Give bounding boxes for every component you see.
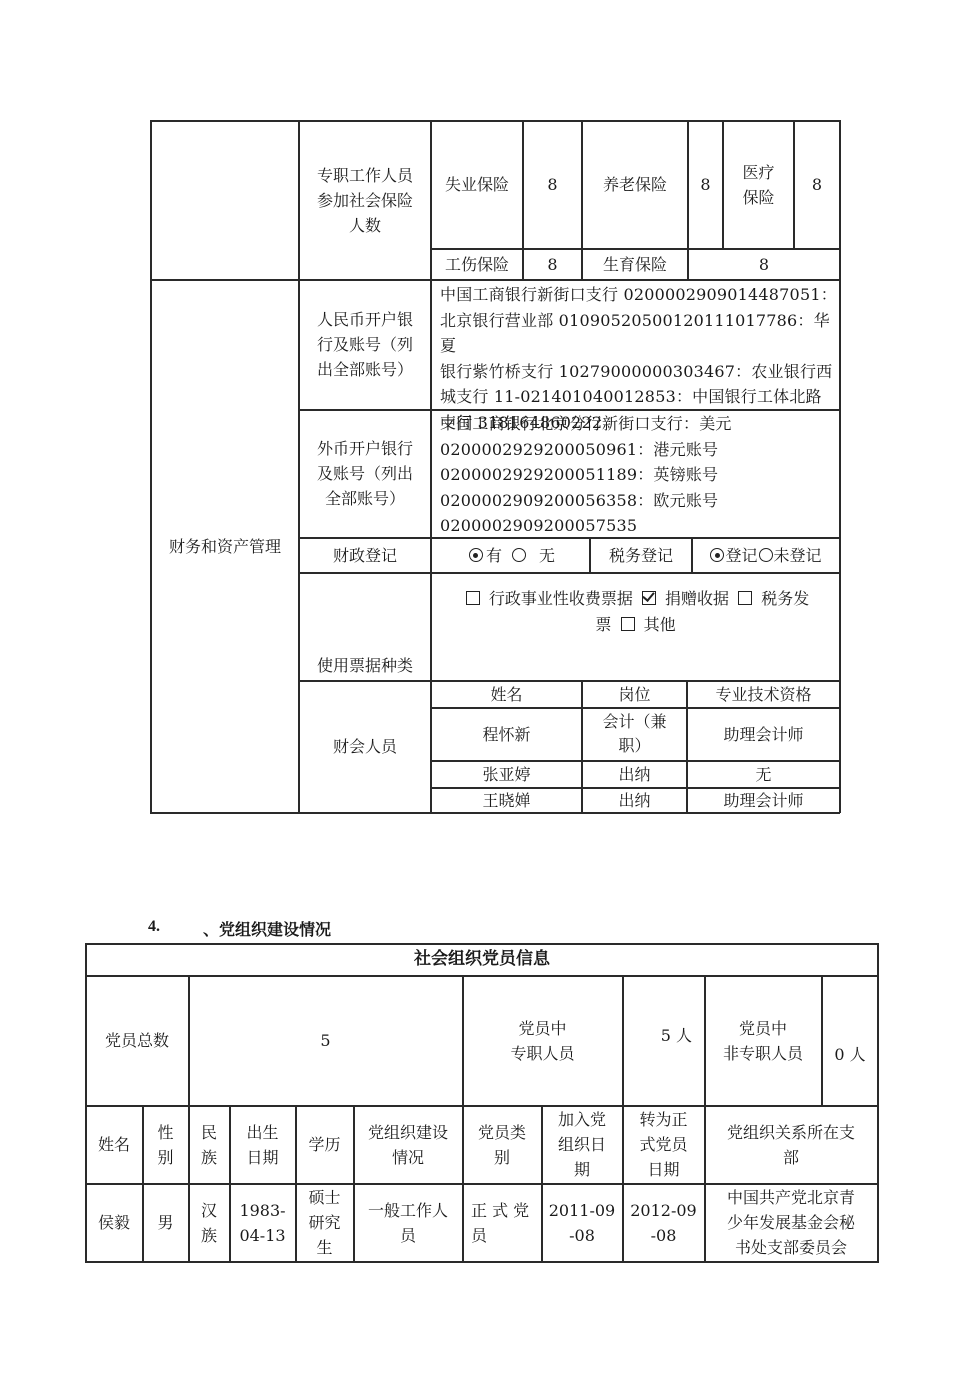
accountant-qualification: 助理会计师 (687, 788, 840, 812)
label-line: 党员中 (518, 1016, 566, 1041)
cell-line: 少年发展基金会秘 (727, 1210, 855, 1235)
pension-insurance-value: 8 (688, 121, 723, 248)
header-line: 性 (157, 1120, 173, 1145)
receipt-types-label: 使用票据种类 (299, 573, 431, 680)
accountant-position: 会计（兼 职） (582, 708, 687, 760)
fiscal-registration-options: 有 无 (431, 538, 590, 572)
member-formal-date: 2012-09-08 (623, 1184, 704, 1261)
label-line: 专职工作人员 (317, 163, 413, 188)
insurance-row-label: 专职工作人员 参加社会保险 人数 (299, 121, 431, 279)
checkbox-label: 税务发 (761, 589, 809, 608)
label-line: 专职人员 (510, 1041, 574, 1066)
member-ethnicity: 汉族 (189, 1184, 229, 1261)
cell-line: 正 式 党 (471, 1198, 529, 1223)
receipt-line-2: 票 其他 (431, 612, 840, 638)
header-birth-date: 出生日期 (230, 1106, 295, 1183)
member-branch: 中国共产党北京青少年发展基金会秘书处支部委员会 (705, 1184, 877, 1261)
cell-line: 1983- (239, 1198, 285, 1223)
radio-fiscal-no[interactable] (512, 548, 526, 562)
account-line: 中国工商银行北京分行新街口支行：美元 (440, 411, 840, 437)
cell-line: 员 (471, 1223, 487, 1248)
unemployment-insurance-value: 8 (523, 121, 582, 248)
checkbox-label: 其他 (644, 615, 676, 634)
cell-line: 侯毅 (98, 1210, 130, 1235)
header-line: 式党员 (639, 1132, 687, 1157)
tax-registration-label: 税务登记 (590, 538, 692, 572)
header-join-date: 加入党组织日期 (542, 1106, 622, 1183)
cell-line: -08 (651, 1223, 677, 1248)
tax-registration-options: 登记 未登记 (692, 538, 840, 572)
unemployment-insurance-label: 失业保险 (431, 121, 523, 248)
cell-line: 04-13 (239, 1223, 285, 1248)
receipt-types-options: 行政事业性收费票据 捐赠收据 税务发 票 其他 (431, 586, 840, 638)
account-line: 0200002929200050961：港元账号 (440, 437, 840, 463)
header-line: 日期 (246, 1145, 278, 1170)
header-ethnicity: 民族 (189, 1106, 229, 1183)
label-line: 人民币开户银 (317, 307, 413, 332)
account-line: 城支行 11-021401040012853：中国银行工体北路 (440, 384, 840, 410)
cell-line: 汉 (201, 1198, 217, 1223)
account-line: 北京银行营业部 01090520500120111017786：华夏 (440, 308, 840, 359)
header-line: 姓名 (98, 1132, 130, 1157)
header-line: 学历 (308, 1132, 340, 1157)
medical-insurance-value: 8 (794, 121, 840, 248)
member-education: 硕士研究生 (296, 1184, 353, 1261)
header-education: 学历 (296, 1106, 353, 1183)
cell-line: 男 (157, 1210, 173, 1235)
header-line: 党组织关系所在支 (727, 1120, 855, 1145)
label-line: 参加社会保险 (317, 188, 413, 213)
header-line: 转为正 (639, 1107, 687, 1132)
maternity-insurance-label: 生育保险 (582, 249, 688, 279)
checkbox-label: 票 (595, 615, 611, 634)
label-line: 行及账号（列 (317, 332, 413, 357)
header-party-role: 党组织建设情况 (354, 1106, 462, 1183)
finance-section-label: 财务和资产管理 (151, 280, 299, 812)
parttime-members-value: 0 人 (822, 990, 878, 1119)
label-line: 非专职人员 (723, 1041, 803, 1066)
header-line: 加入党 (558, 1107, 606, 1132)
accountant-qualification: 无 (687, 761, 840, 787)
position-line: 会计（兼 (602, 710, 666, 734)
member-type: 正 式 党员 (463, 1184, 541, 1261)
header-line: 族 (201, 1145, 217, 1170)
position-line: 职） (618, 734, 650, 758)
cell-line: -08 (569, 1223, 595, 1248)
accountant-name: 张亚婷 (431, 761, 582, 787)
account-line: 0200002909200057535 (440, 513, 840, 539)
header-branch: 党组织关系所在支部 (705, 1106, 877, 1183)
header-line: 期 (574, 1157, 590, 1182)
header-line: 别 (157, 1145, 173, 1170)
cell-line: 研究 (308, 1210, 340, 1235)
header-formal-date: 转为正式党员日期 (623, 1106, 704, 1183)
radio-fiscal-yes[interactable] (469, 548, 483, 562)
cell-line: 2012-09 (630, 1198, 696, 1223)
label-line: 医疗 (742, 160, 774, 185)
foreign-accounts-label: 外币开户银行 及账号（列出 全部账号） (299, 410, 431, 537)
member-gender: 男 (143, 1184, 188, 1261)
radio-label-yes: 有 (486, 543, 502, 568)
label-line: 人数 (349, 213, 381, 238)
account-line: 0200002909200056358：欧元账号 (440, 488, 840, 514)
accountant-position: 出纳 (582, 788, 687, 812)
checkbox-label: 捐赠收据 (665, 589, 729, 608)
cell-line: 2011-09 (549, 1198, 615, 1223)
header-name: 姓名 (431, 681, 582, 707)
cell-line: 员 (400, 1223, 416, 1248)
label-line: 全部账号） (325, 486, 405, 511)
section-heading: 、党组织建设情况 (203, 917, 331, 940)
foreign-accounts-value: 中国工商银行北京分行新街口支行：美元 0200002929200050961：港… (440, 411, 840, 539)
checkbox-donation-receipt[interactable] (642, 591, 656, 605)
cell-line: 硕士 (308, 1185, 340, 1210)
header-line: 部 (783, 1145, 799, 1170)
member-party-role: 一般工作人员 (354, 1184, 462, 1261)
fiscal-registration-label: 财政登记 (299, 538, 431, 572)
header-qualification: 专业技术资格 (687, 681, 840, 707)
party-table-title: 社会组织党员信息 (86, 944, 878, 975)
accountant-name: 程怀新 (431, 708, 582, 760)
label-line: 出全部账号） (317, 357, 413, 382)
rmb-accounts-label: 人民币开户银 行及账号（列 出全部账号） (299, 280, 431, 409)
maternity-insurance-value: 8 (688, 249, 840, 279)
injury-insurance-label: 工伤保险 (431, 249, 523, 279)
header-line: 出生 (246, 1120, 278, 1145)
member-birth-date: 1983-04-13 (230, 1184, 295, 1261)
fulltime-members-value: 5 人 (623, 976, 704, 1094)
parttime-members-label: 党员中 非专职人员 (705, 976, 821, 1105)
accountants-label: 财会人员 (299, 681, 431, 812)
cell-line: 书处支部委员会 (735, 1235, 847, 1260)
account-line: 中国工商银行新街口支行 0200002909014487051： (440, 282, 840, 308)
radio-label-no: 无 (539, 543, 555, 568)
fulltime-members-label: 党员中 专职人员 (463, 976, 622, 1105)
member-name: 侯毅 (86, 1184, 142, 1261)
header-position: 岗位 (582, 681, 687, 707)
header-gender: 性别 (143, 1106, 188, 1183)
checkbox-other[interactable] (621, 617, 635, 631)
header-line: 日期 (647, 1157, 679, 1182)
account-line: 0200002929200051189：英镑账号 (440, 462, 840, 488)
account-line: 银行紫竹桥支行 10279000000303467：农业银行西 (440, 359, 840, 385)
medical-insurance-label: 医疗 保险 (723, 121, 794, 248)
accountant-name: 王晓婵 (431, 788, 582, 812)
accountant-qualification: 助理会计师 (687, 708, 840, 760)
radio-label-registered: 登记 (725, 543, 757, 568)
header-line: 党员类 (478, 1120, 526, 1145)
member-join-date: 2011-09-08 (542, 1184, 622, 1261)
cell-line: 生 (316, 1235, 332, 1260)
header-line: 民 (201, 1120, 217, 1145)
header-line: 党组织建设 (368, 1120, 448, 1145)
receipt-line-1: 行政事业性收费票据 捐赠收据 税务发 (431, 586, 840, 612)
header-line: 别 (494, 1145, 510, 1170)
label-line: 及账号（列出 (317, 461, 413, 486)
total-members-value: 5 (189, 976, 462, 1105)
cell-line: 一般工作人 (368, 1198, 448, 1223)
table-border-bottom (85, 1261, 879, 1263)
header-line: 情况 (392, 1145, 424, 1170)
accountant-position: 出纳 (582, 761, 687, 787)
checkbox-admin-fee-receipt[interactable] (466, 591, 480, 605)
label-line: 党员中 (739, 1016, 787, 1041)
label-line: 外币开户银行 (317, 436, 413, 461)
cell-line: 中国共产党北京青 (727, 1185, 855, 1210)
total-members-label: 党员总数 (86, 976, 188, 1105)
checkbox-tax-invoice[interactable] (738, 591, 752, 605)
radio-tax-unregistered[interactable] (759, 548, 773, 562)
injury-insurance-value: 8 (523, 249, 582, 279)
header-name: 姓名 (86, 1106, 142, 1183)
pension-insurance-label: 养老保险 (582, 121, 688, 248)
section-number: 4. (148, 918, 160, 936)
label-line: 保险 (742, 185, 774, 210)
header-line: 组织日 (558, 1132, 606, 1157)
radio-tax-registered[interactable] (710, 548, 724, 562)
header-member-type: 党员类别 (463, 1106, 541, 1183)
checkbox-label: 行政事业性收费票据 (489, 589, 633, 608)
cell-line: 族 (201, 1223, 217, 1248)
radio-label-unregistered: 未登记 (774, 543, 822, 568)
